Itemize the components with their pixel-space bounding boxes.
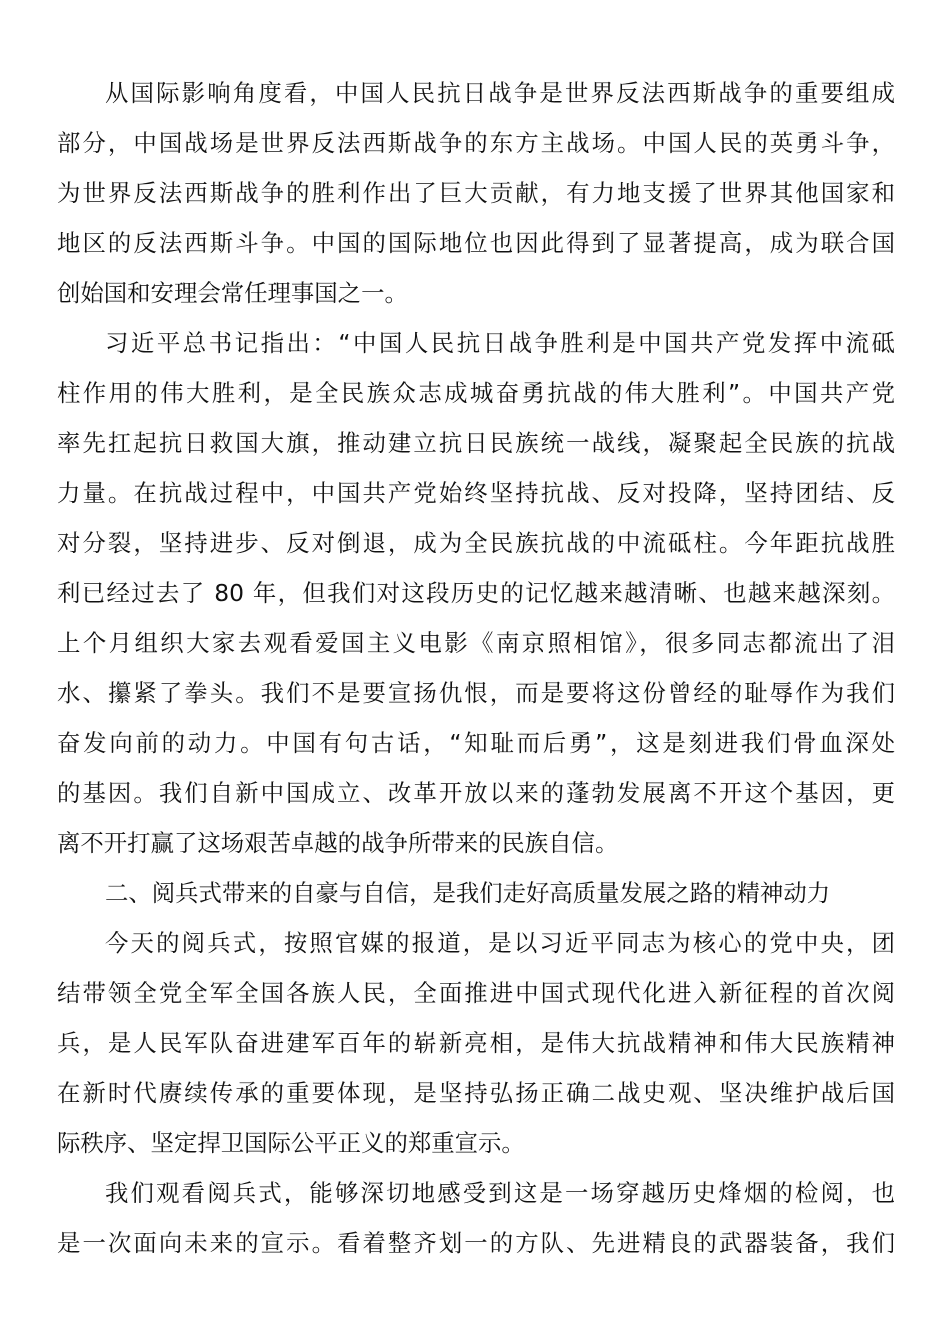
paragraph-watching-parade: 我们观看阅兵式，能够深切地感受到这是一场穿越历史烽烟的检阅，也 是一次面向未来的… — [57, 1168, 895, 1268]
text-line: 的基因。我们自新中国成立、改革开放以来的蓬勃发展离不开这个基因，更 — [57, 768, 895, 818]
text-line: 创始国和安理会常任理事国之一。 — [57, 268, 895, 318]
paragraph-parade-report: 今天的阅兵式，按照官媒的报道，是以习近平同志为核心的党中央，团 结带领全党全军全… — [57, 918, 895, 1168]
text-line: 在新时代赓续传承的重要体现，是坚持弘扬正确二战史观、坚决维护战后国 — [57, 1068, 895, 1118]
text-line: 水、攥紧了拳头。我们不是要宣扬仇恨，而是要将这份曾经的耻辱作为我们 — [57, 668, 895, 718]
text-line: 习近平总书记指出：“中国人民抗日战争胜利是中国共产党发挥中流砥 — [57, 318, 895, 368]
text-line: 利已经过去了 80 年，但我们对这段历史的记忆越来越清晰、也越来越深刻。 — [57, 568, 895, 618]
text-line: 我们观看阅兵式，能够深切地感受到这是一场穿越历史烽烟的检阅，也 — [57, 1168, 895, 1218]
text-line: 际秩序、坚定捍卫国际公平正义的郑重宣示。 — [57, 1118, 895, 1168]
text-line: 离不开打赢了这场艰苦卓越的战争所带来的民族自信。 — [57, 818, 895, 868]
text-line: 率先扛起抗日救国大旗，推动建立抗日民族统一战线，凝聚起全民族的抗战 — [57, 418, 895, 468]
text-line: 部分，中国战场是世界反法西斯战争的东方主战场。中国人民的英勇斗争， — [57, 118, 895, 168]
text-line: 奋发向前的动力。中国有句古话，“知耻而后勇”，这是刻进我们骨血深处 — [57, 718, 895, 768]
text-line: 地区的反法西斯斗争。中国的国际地位也因此得到了显著提高，成为联合国 — [57, 218, 895, 268]
section-heading: 二、阅兵式带来的自豪与自信，是我们走好高质量发展之路的精神动力 — [57, 868, 895, 918]
text-line: 从国际影响角度看，中国人民抗日战争是世界反法西斯战争的重要组成 — [57, 68, 895, 118]
text-line: 结带领全党全军全国各族人民，全面推进中国式现代化进入新征程的首次阅 — [57, 968, 895, 1018]
text-line: 柱作用的伟大胜利，是全民族众志成城奋勇抗战的伟大胜利”。中国共产党 — [57, 368, 895, 418]
document-page: 从国际影响角度看，中国人民抗日战争是世界反法西斯战争的重要组成 部分，中国战场是… — [57, 68, 895, 1268]
paragraph-party-role: 习近平总书记指出：“中国人民抗日战争胜利是中国共产党发挥中流砥 柱作用的伟大胜利… — [57, 318, 895, 868]
text-line: 今天的阅兵式，按照官媒的报道，是以习近平同志为核心的党中央，团 — [57, 918, 895, 968]
text-line: 力量。在抗战过程中，中国共产党始终坚持抗战、反对投降，坚持团结、反 — [57, 468, 895, 518]
text-line: 是一次面向未来的宣示。看着整齐划一的方队、先进精良的武器装备，我们 — [57, 1218, 895, 1268]
section-heading-text: 二、阅兵式带来的自豪与自信，是我们走好高质量发展之路的精神动力 — [57, 868, 895, 918]
paragraph-international-impact: 从国际影响角度看，中国人民抗日战争是世界反法西斯战争的重要组成 部分，中国战场是… — [57, 68, 895, 318]
text-line: 上个月组织大家去观看爱国主义电影《南京照相馆》，很多同志都流出了泪 — [57, 618, 895, 668]
text-line: 为世界反法西斯战争的胜利作出了巨大贡献，有力地支援了世界其他国家和 — [57, 168, 895, 218]
text-line: 对分裂，坚持进步、反对倒退，成为全民族抗战的中流砥柱。今年距抗战胜 — [57, 518, 895, 568]
text-line: 兵，是人民军队奋进建军百年的崭新亮相，是伟大抗战精神和伟大民族精神 — [57, 1018, 895, 1068]
